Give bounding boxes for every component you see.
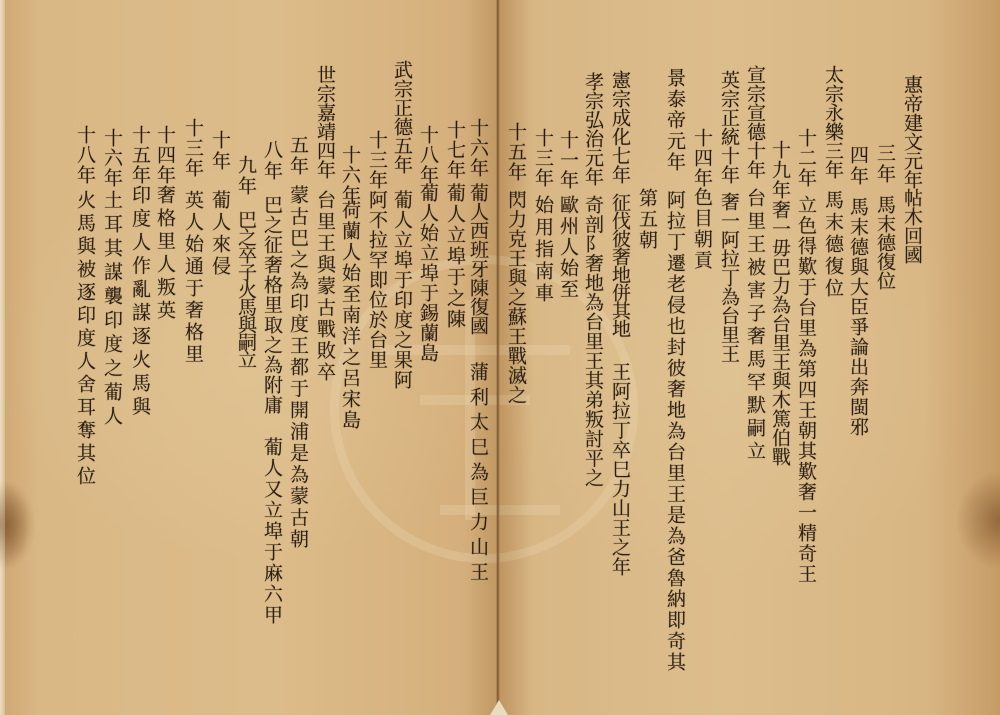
entry-column: 十三年 始用指南車 (532, 0, 554, 715)
paper-edge (0, 0, 5, 715)
entry-column: 武宗正德五年 葡人立埠于印度之果阿 (391, 0, 413, 715)
reign-year: 景泰帝元年 (664, 68, 686, 173)
event-text: 馬末德復位 (822, 190, 844, 300)
reign-year: 十六年 (467, 118, 489, 178)
entry-column: 八年 巴之征奢格里取之為附庸 葡人又立埠于麻六甲 (261, 0, 283, 715)
event-text: 馬末德復位 (874, 195, 896, 290)
event-text: 土耳其謀襲印度之葡人 (101, 190, 123, 430)
entry-column: 十八年 火馬與被逐印度人舍耳奪其位 (74, 0, 96, 715)
reign-year: 十三年 (366, 130, 388, 190)
event-text: 阿不拉罕即位於台里 (366, 190, 388, 370)
reign-year: 英宗正統十年 (718, 70, 740, 184)
entry-column: 惠帝建文元年 帖木回國 (901, 0, 923, 715)
event-text: 征伐彼奢地併其地 (609, 193, 631, 337)
entry-column: 十三年 阿不拉罕即位於台里 (366, 0, 388, 715)
entry-column: 英宗正統十年 奢一阿拉丁為台里王 (718, 0, 740, 715)
entry-column: 宣宗宣德十年 台里王被害子奢馬罕默嗣立 (744, 0, 766, 715)
event-text: 巴之征奢格里取之為附庸 (261, 195, 283, 415)
event-text: 歐州人始至 (557, 195, 579, 300)
event-text: 葡人立埠于印度之果阿 (391, 190, 413, 390)
reign-year: 十八年 (74, 125, 96, 185)
entry-column: 十八年 葡人始立埠于錫蘭島 (417, 0, 439, 715)
reign-year: 十三年 (182, 118, 204, 178)
reign-year: 十三年 (532, 128, 554, 188)
stain-mark (955, 470, 1000, 570)
event-text: 葡人始立埠于錫蘭島 (417, 183, 439, 363)
reign-year: 五年 (287, 135, 309, 177)
entry-column: 十六年 葡人西班牙陳復國 蒲利太巳為巨力山王 (467, 0, 489, 715)
event-text: 閃力克王與之蘇王戰滅之 (505, 190, 527, 405)
entry-column: 世宗嘉靖四年 台里王與蒙古戰敗卒 (314, 0, 336, 715)
reign-year: 十二年 (795, 128, 817, 188)
dynasty-note: 第五朝 (636, 188, 658, 251)
reign-year: 四年 (847, 145, 869, 187)
entry-column: 憲宗成化七年 征伐彼奢地併其地 王阿拉丁卒巳力山王之年 (609, 0, 631, 715)
reign-year: 惠帝建文元年 (901, 75, 923, 189)
page-gutter (496, 0, 500, 715)
event-text: 立色得歎于台里為第四王朝其歎奢一精奇王 (795, 195, 817, 585)
event-text: 葡人來侵 (209, 190, 231, 278)
event-text: 阿拉丁遷老侵也封彼奢地為台里王是為爸魯納即奇其 (664, 190, 686, 673)
event-text: 英人始通于奢格里 (182, 190, 204, 366)
event-text: 葡人西班牙陳復國 (467, 183, 489, 335)
event-text: 台里王與蒙古戰敗卒 (314, 190, 336, 384)
entry-column: 十五年 印度人作亂謀逐火馬與 (129, 0, 151, 715)
event-text: 印度人作亂謀逐火馬與 (129, 185, 151, 420)
event-text: 葡人又立埠于麻六甲 (261, 437, 283, 626)
entry-column: 四年 馬末德與大臣爭論出奔閩邪 (847, 0, 869, 715)
entry-column: 三年 馬末德復位 (874, 0, 896, 715)
stain-mark (0, 480, 30, 570)
reign-year: 宣宗宣德十年 (744, 65, 766, 179)
event-text: 帖木回國 (901, 188, 923, 264)
event-text: 色目朝貢 (691, 187, 713, 271)
event-text: 始用指南車 (532, 195, 554, 305)
entry-column: 十四年 奢格里人叛英 (154, 0, 176, 715)
entry-column: 孝宗弘治元年 奇剖阝奢地為台里王其弟叛討平之 (582, 0, 604, 715)
event-text: 葡人立埠于之陳 (444, 183, 466, 330)
entry-column: 十二年 立色得歎于台里為第四王朝其歎奢一精奇王 (795, 0, 817, 715)
reign-year: 十六年 (101, 128, 123, 188)
entry-column: 十五年 閃力克王與之蘇王戰滅之 (505, 0, 527, 715)
reign-year: 孝宗弘治元年 (582, 72, 604, 186)
reign-year: 十七年 (444, 120, 466, 180)
reign-year: 八年 (261, 140, 283, 182)
event-text: 蒲利太巳為巨力山王 (467, 362, 489, 587)
reign-year: 武宗正德五年 (391, 60, 413, 174)
event-text: 奢一毋巴力為台里王與木篤伯戰 (769, 200, 791, 466)
reign-year: 三年 (874, 143, 896, 185)
reign-year: 世宗嘉靖四年 (314, 65, 336, 179)
entry-column: 十年 葡人來侵 (209, 0, 231, 715)
event-text: 馬末德與大臣爭論出奔閩邪 (847, 197, 869, 437)
entry-column: 景泰帝元年 阿拉丁遷老侵也封彼奢地為台里王是為爸魯納即奇其 (664, 0, 686, 715)
entry-column: 太宗永樂三年 馬末德復位 (822, 0, 844, 715)
reign-year: 憲宗成化七年 (609, 70, 631, 184)
entry-column: 十七年 葡人立埠于之陳 (444, 0, 466, 715)
event-text: 奇剖阝奢地為台里王其弟叛討平之 (582, 195, 604, 488)
event-text: 奢格里人叛英 (154, 185, 176, 323)
reign-year: 十四年 (691, 128, 713, 188)
event-text: 王阿拉丁卒巳力山王之年 (609, 362, 631, 577)
entry-column: 十六年 土耳其謀襲印度之葡人 (101, 0, 123, 715)
event-text: 奢一阿拉丁為台里王 (718, 192, 740, 363)
entry-column: 十三年 英人始通于奢格里 (182, 0, 204, 715)
event-text: 台里王被害子奢馬罕默嗣立 (744, 188, 766, 464)
event-text: 荷蘭人始至南洋之呂宋島 (339, 200, 361, 431)
reign-year: 十八年 (417, 125, 439, 185)
reign-year: 十六年 (339, 145, 361, 205)
entry-column: 十四年 色目朝貢 (691, 0, 713, 715)
entry-note-column: 第五朝 (636, 0, 658, 715)
reign-year: 十年 (209, 130, 231, 172)
event-text: 巴之卒子火馬與嗣立 (235, 210, 257, 368)
entry-column: 五年 蒙古巴之為印度王都于開浦是為蒙古朝 (287, 0, 309, 715)
reign-year: 九年 (235, 155, 257, 197)
entry-column: 九年 巴之卒子火馬與嗣立 (235, 0, 257, 715)
entry-column: 十一年 歐州人始至 (557, 0, 579, 715)
entry-column: 十六年 荷蘭人始至南洋之呂宋島 (339, 0, 361, 715)
reign-year: 十五年 (505, 122, 527, 182)
reign-year: 十一年 (557, 130, 579, 190)
reign-year: 十五年 (129, 125, 151, 185)
entry-column: 十九年 奢一毋巴力為台里王與木篤伯戰 (769, 0, 791, 715)
reign-year: 太宗永樂三年 (822, 65, 844, 179)
reign-year: 十九年 (769, 140, 791, 200)
event-text: 蒙古巴之為印度王都于開浦是為蒙古朝 (287, 185, 309, 551)
manuscript-scan: 惠帝建文元年 帖木回國 三年 馬末德復位 四年 馬末德與大臣爭論出奔閩邪 太宗永… (0, 0, 1000, 715)
reign-year: 十四年 (154, 125, 176, 185)
event-text: 火馬與被逐印度人舍耳奪其位 (74, 190, 96, 489)
